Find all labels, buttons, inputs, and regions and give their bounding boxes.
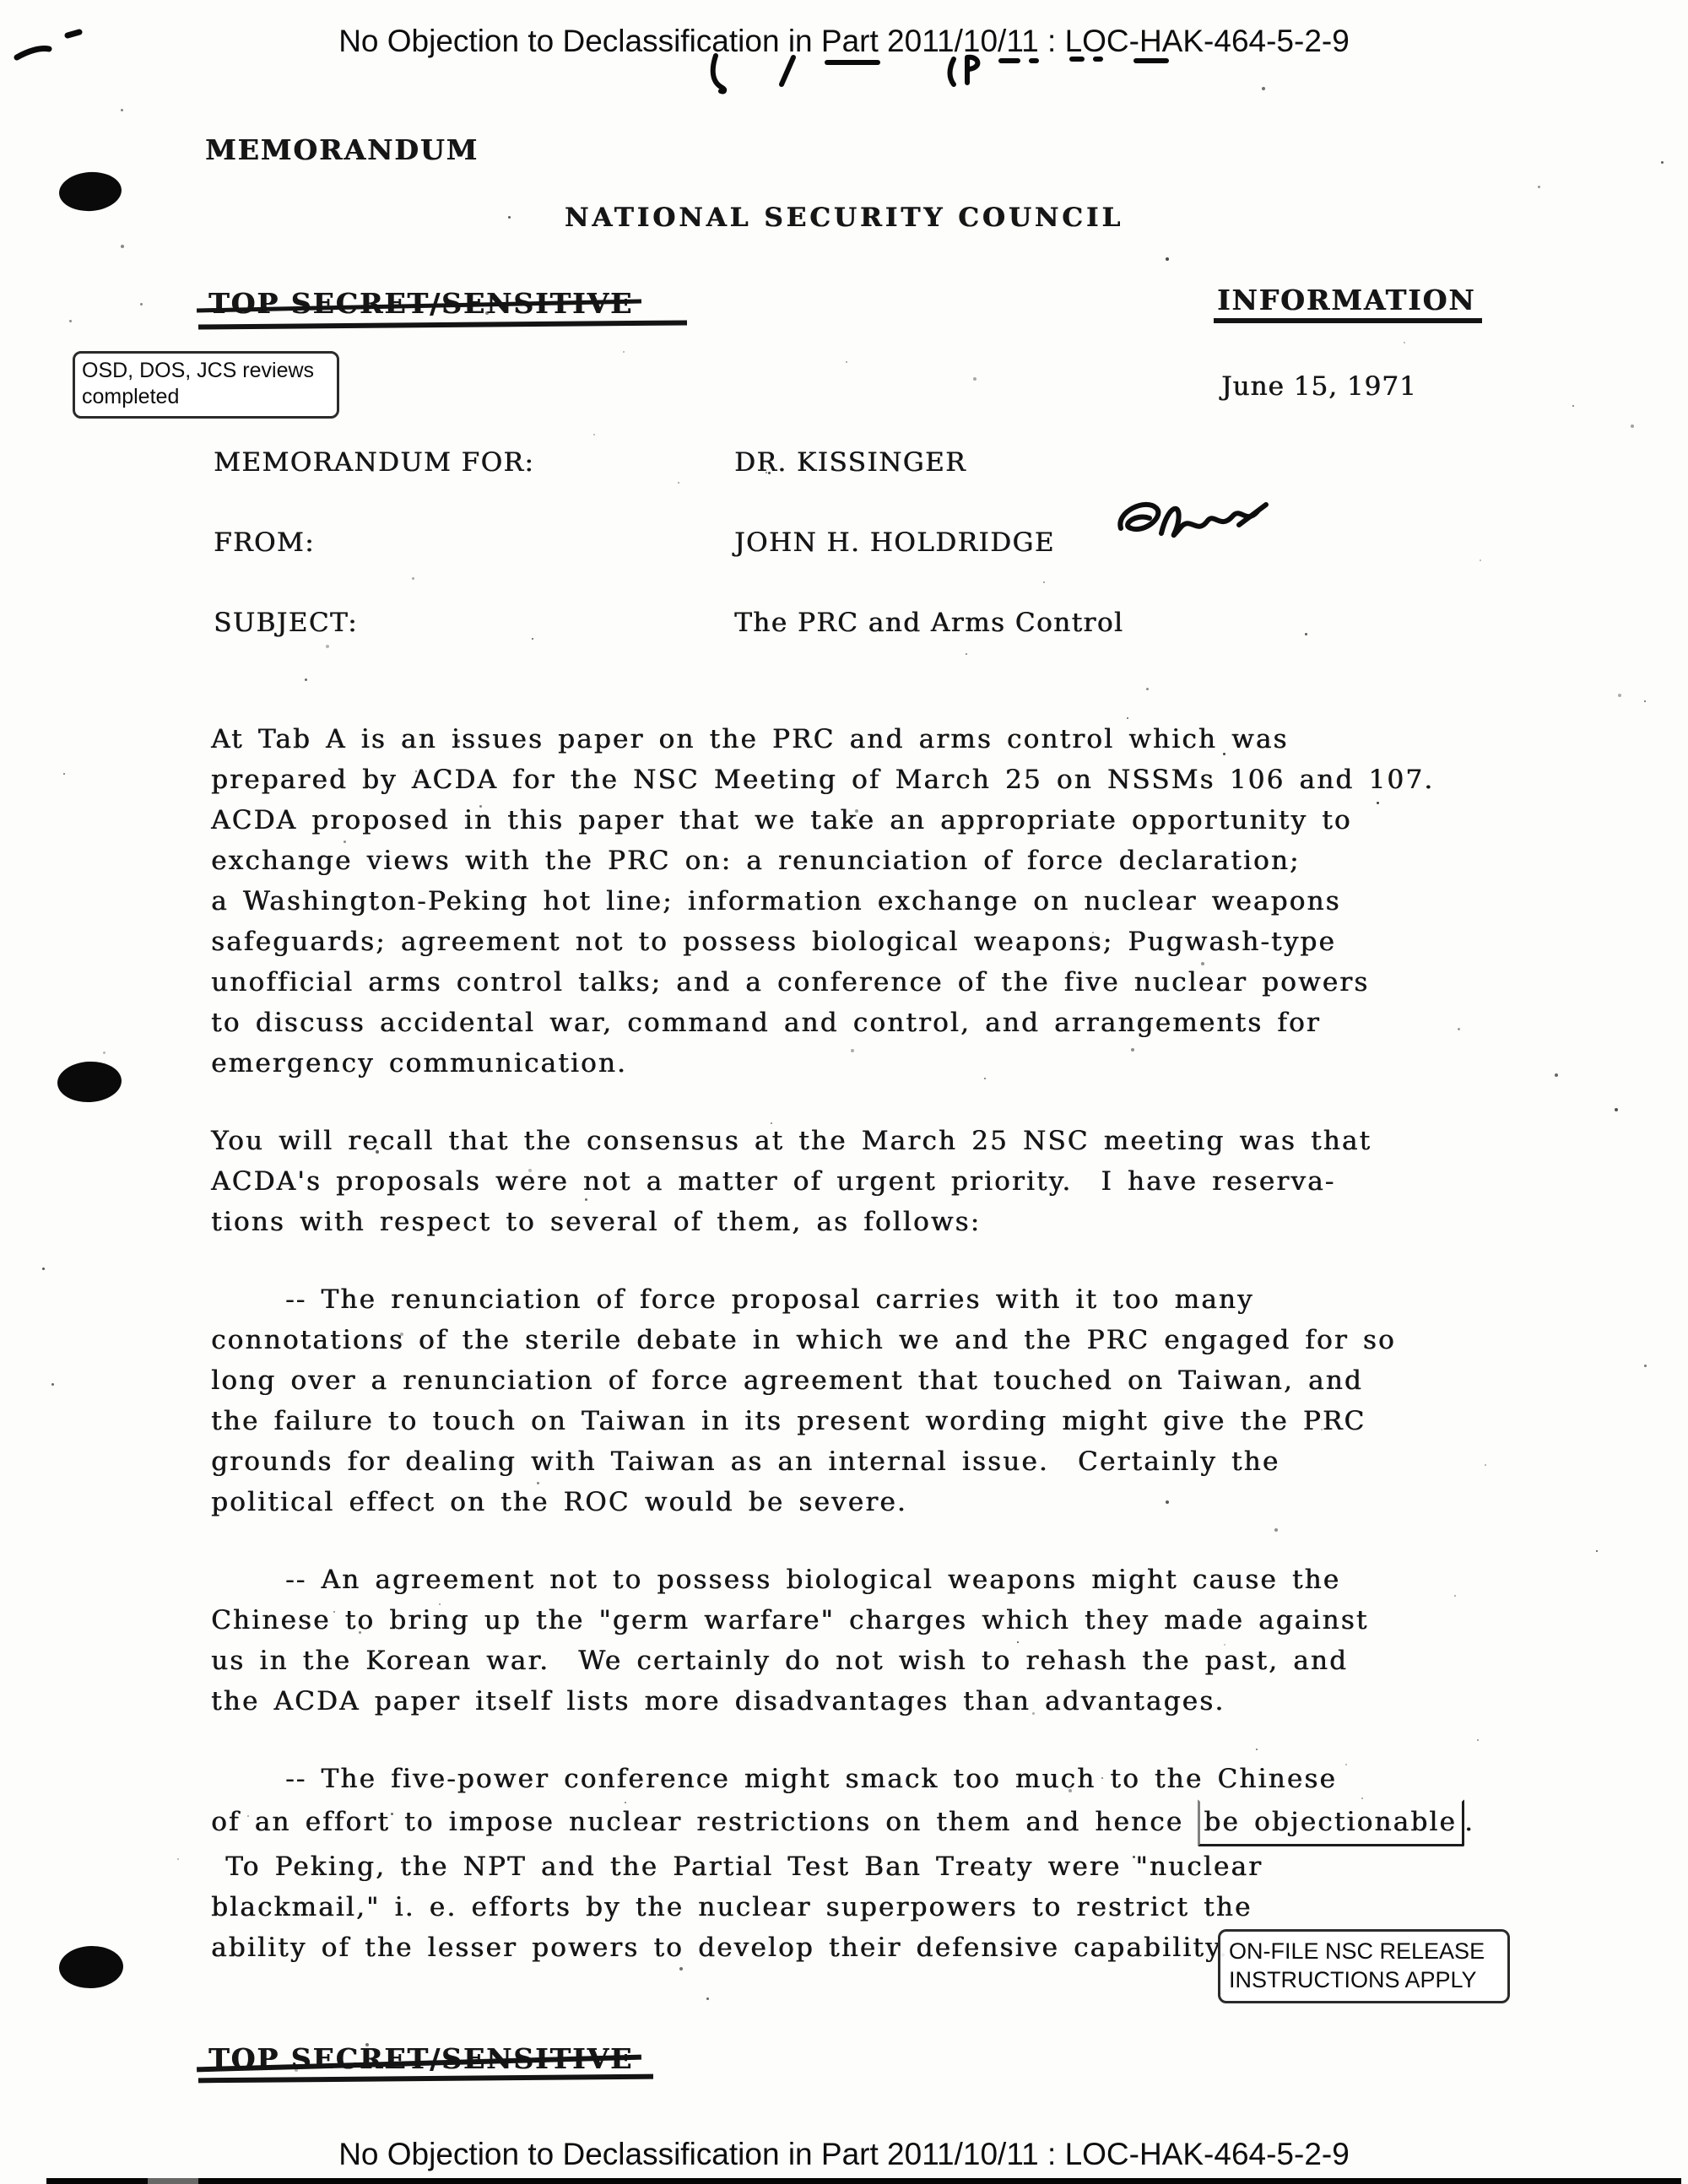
memo-page: No Objection to Declassification in Part… [0,0,1688,2184]
body-line: political effect on the ROC would be sev… [211,1482,1612,1522]
memo-from-row: FROM: JOHN H. HOLDRIDGE [214,527,315,558]
body-line: a Washington-Peking hot line; informatio… [211,881,1612,922]
body-line: At Tab A is an issues paper on the PRC a… [211,719,1612,760]
body-line: ACDA's proposals were not a matter of ur… [211,1161,1612,1202]
body-line: tions with respect to several of them, a… [211,1202,1612,1242]
classification-stamp-top: TOP SECRET/SENSITIVE [205,287,636,320]
memo-for-label: MEMORANDUM FOR: [214,447,534,478]
body-line: connotations of the sterile debate in wh… [211,1320,1612,1360]
body-line: To Peking, the NPT and the Partial Test … [211,1846,1612,1887]
body-paragraph: -- The renunciation of force proposal ca… [211,1279,1612,1522]
body-line: -- The renunciation of force proposal ca… [211,1279,1612,1320]
body-line: the failure to touch on Taiwan in its pr… [211,1401,1612,1441]
body-line: -- An agreement not to possess biologica… [211,1560,1612,1600]
body-line: Chinese to bring up the "germ warfare" c… [211,1600,1612,1641]
body-line: ACDA proposed in this paper that we take… [211,800,1612,841]
body-line: to discuss accidental war, command and c… [211,1003,1612,1043]
memo-subject-label: SUBJECT: [214,608,358,638]
boxed-annotation: be objectionable [1198,1799,1464,1846]
release-note-line1: ON-FILE NSC RELEASE [1229,1937,1499,1965]
memo-body: At Tab A is an issues paper on the PRC a… [211,719,1612,2005]
body-paragraph: -- An agreement not to possess biologica… [211,1560,1612,1722]
declassification-banner-bottom: No Objection to Declassification in Part… [0,2137,1688,2172]
body-line: safeguards; agreement not to possess bio… [211,922,1612,962]
classification-text: TOP SECRET/SENSITIVE [205,287,636,320]
classification-text: TOP SECRET/SENSITIVE [205,2042,636,2075]
hole-punch-icon [57,1060,122,1104]
body-line: blackmail," i. e. efforts by the nuclear… [211,1887,1612,1927]
pen-mark-icon [12,25,88,68]
body-line: the ACDA paper itself lists more disadva… [211,1681,1612,1722]
org-title: NATIONAL SECURITY COUNCIL [0,203,1688,233]
body-line: long over a renunciation of force agreem… [211,1360,1612,1401]
body-line: emergency communication. [211,1043,1612,1084]
body-paragraph: You will recall that the consensus at th… [211,1121,1612,1242]
release-note-line2: INSTRUCTIONS APPLY [1229,1965,1499,1994]
body-line: of an effort to impose nuclear restricti… [211,1799,1612,1846]
release-note-box: ON-FILE NSC RELEASE INSTRUCTIONS APPLY [1218,1929,1510,2003]
memo-subject-value: The PRC and Arms Control [734,608,1123,638]
review-note-box: OSD, DOS, JCS reviews completed [73,351,339,419]
body-line: prepared by ACDA for the NSC Meeting of … [211,760,1612,800]
body-line: grounds for dealing with Taiwan as an in… [211,1441,1612,1482]
body-line: unofficial arms control talks; and a con… [211,962,1612,1003]
information-text: INFORMATION [1217,284,1475,316]
handwriting-marks-icon [701,49,1173,100]
body-line: You will recall that the consensus at th… [211,1121,1612,1161]
classification-stamp-bottom: TOP SECRET/SENSITIVE [205,2042,636,2075]
signature-icon [1112,496,1273,564]
memo-for-row: MEMORANDUM FOR: DR. KISSINGER [214,447,534,478]
memo-from-label: FROM: [214,527,315,558]
memo-from-value: JOHN H. HOLDRIDGE [734,527,1055,558]
body-line: -- The five-power conference might smack… [211,1759,1612,1799]
memo-subject-row: SUBJECT: The PRC and Arms Control [214,608,358,638]
memo-date: June 15, 1971 [1221,371,1417,402]
scan-edge-line [46,2178,1681,2184]
body-line: exchange views with the PRC on: a renunc… [211,841,1612,881]
information-stamp: INFORMATION [1217,284,1475,316]
hole-punch-icon [58,1945,124,1990]
body-line: us in the Korean war. We certainly do no… [211,1641,1612,1681]
memorandum-label: MEMORANDUM [205,133,479,166]
body-paragraph: At Tab A is an issues paper on the PRC a… [211,719,1612,1084]
